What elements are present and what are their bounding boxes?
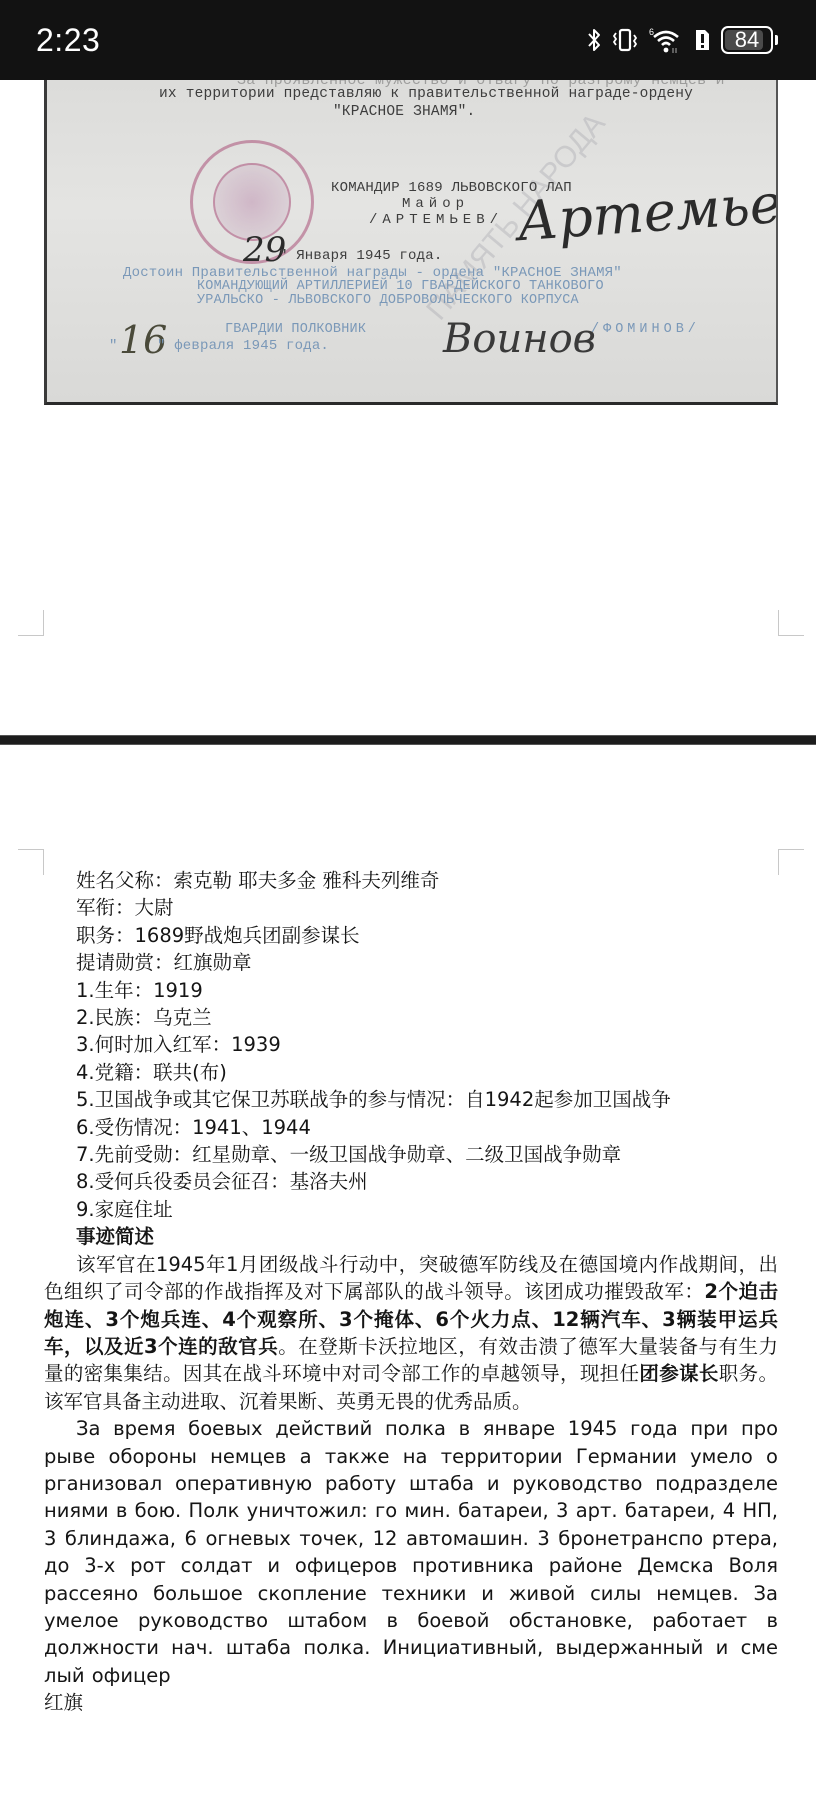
date2-text: " февраля 1945 года. [157, 338, 329, 354]
date2-quote: " [109, 338, 118, 354]
field-party: 4.党籍：联共(布) [44, 1059, 778, 1086]
summary-cn-part1: 该军官在1945年1月团级战斗行动中，突破德军防线及在德国境内作战期间，出色组织… [44, 1253, 778, 1303]
doc-line-1: их территории представляю к правительств… [159, 86, 693, 102]
field-previous-awards: 7.先前受勋：红星勋章、一级卫国战争勋章、二级卫国战争勋章 [44, 1141, 778, 1168]
conclusion-line-3: УРАЛЬСКО - ЛЬВОВСКОГО ДОБРОВОЛЬЧЕСКОГО К… [197, 293, 579, 308]
vibrate-icon [611, 27, 639, 53]
award-document-scan[interactable]: За проявленное мужество и отвагу по разг… [44, 80, 778, 405]
summary-chinese: 该军官在1945年1月团级战斗行动中，突破德军防线及在德国境内作战期间，出色组织… [44, 1251, 778, 1415]
status-icons: 6 84 [587, 24, 778, 56]
page-corner-mark [778, 849, 804, 875]
commander-name: /АРТЕМЬЕВ/ [369, 212, 503, 228]
page-corner-mark [18, 610, 44, 636]
bluetooth-icon [587, 27, 601, 53]
status-time: 2:23 [36, 22, 100, 59]
field-wounds: 6.受伤情况：1941、1944 [44, 1114, 778, 1141]
field-position: 职务：1689野战炮兵团副参谋长 [44, 922, 778, 949]
svg-text:6: 6 [649, 27, 654, 37]
field-conscription: 8.受何兵役委员会征召：基洛夫州 [44, 1168, 778, 1195]
transcript-body: 姓名父称：索克勒 耶夫多金 雅科夫列维奇 军衔：大尉 职务：1689野战炮兵团副… [44, 867, 778, 1717]
commander-rank: Майор [402, 196, 469, 212]
battery-icon: 84 [721, 26, 778, 54]
field-war-participation: 5.卫国战争或其它保卫苏联战争的参与情况：自1942起参加卫国战争 [44, 1086, 778, 1113]
field-nationality: 2.民族：乌克兰 [44, 1004, 778, 1031]
footer-label: 红旗 [44, 1689, 778, 1716]
field-birth-year: 1.生年：1919 [44, 977, 778, 1004]
field-name: 姓名父称：索克勒 耶夫多金 雅科夫列维奇 [44, 867, 778, 894]
wifi-6-icon: 6 [649, 26, 683, 54]
alert-sim-icon [693, 27, 711, 53]
page-separator [0, 735, 816, 745]
conclusion-line-2: КОМАНДУЮЩИЙ АРТИЛЛЕРИЕЙ 10 ГВАРДЕЙСКОГО … [197, 279, 604, 294]
page-corner-mark [18, 849, 44, 875]
document-page-1: За проявленное мужество и отвагу по разг… [0, 80, 816, 735]
status-bar: 2:23 6 84 [0, 0, 816, 80]
summary-cn-bold-position: 团参谋长 [639, 1362, 718, 1385]
document-page-2: 姓名父称：索克勒 耶夫多金 雅科夫列维奇 军衔：大尉 职务：1689野战炮兵团副… [0, 745, 816, 1800]
field-rank: 军衔：大尉 [44, 894, 778, 921]
date1-text: " Января 1945 года. [279, 248, 442, 264]
summary-russian: За время боевых действий полка в январе … [44, 1415, 778, 1689]
page-corner-mark [778, 610, 804, 636]
field-home-address: 9.家庭住址 [44, 1196, 778, 1223]
section-heading-summary: 事迹简述 [44, 1223, 778, 1250]
second-signer-name: /ФОМИНОВ/ [591, 322, 700, 337]
field-joined-army: 3.何时加入红军：1939 [44, 1031, 778, 1058]
battery-level: 84 [735, 27, 759, 53]
doc-line-2: "КРАСНОЕ ЗНАМЯ". [333, 104, 475, 120]
battery-tip [775, 35, 778, 45]
field-award: 提请勋赏：红旗勋章 [44, 949, 778, 976]
battery-body: 84 [721, 26, 773, 54]
second-signer-rank: ГВАРДИИ ПОЛКОВНИК [225, 322, 366, 337]
second-signature: Воинов [443, 316, 596, 362]
